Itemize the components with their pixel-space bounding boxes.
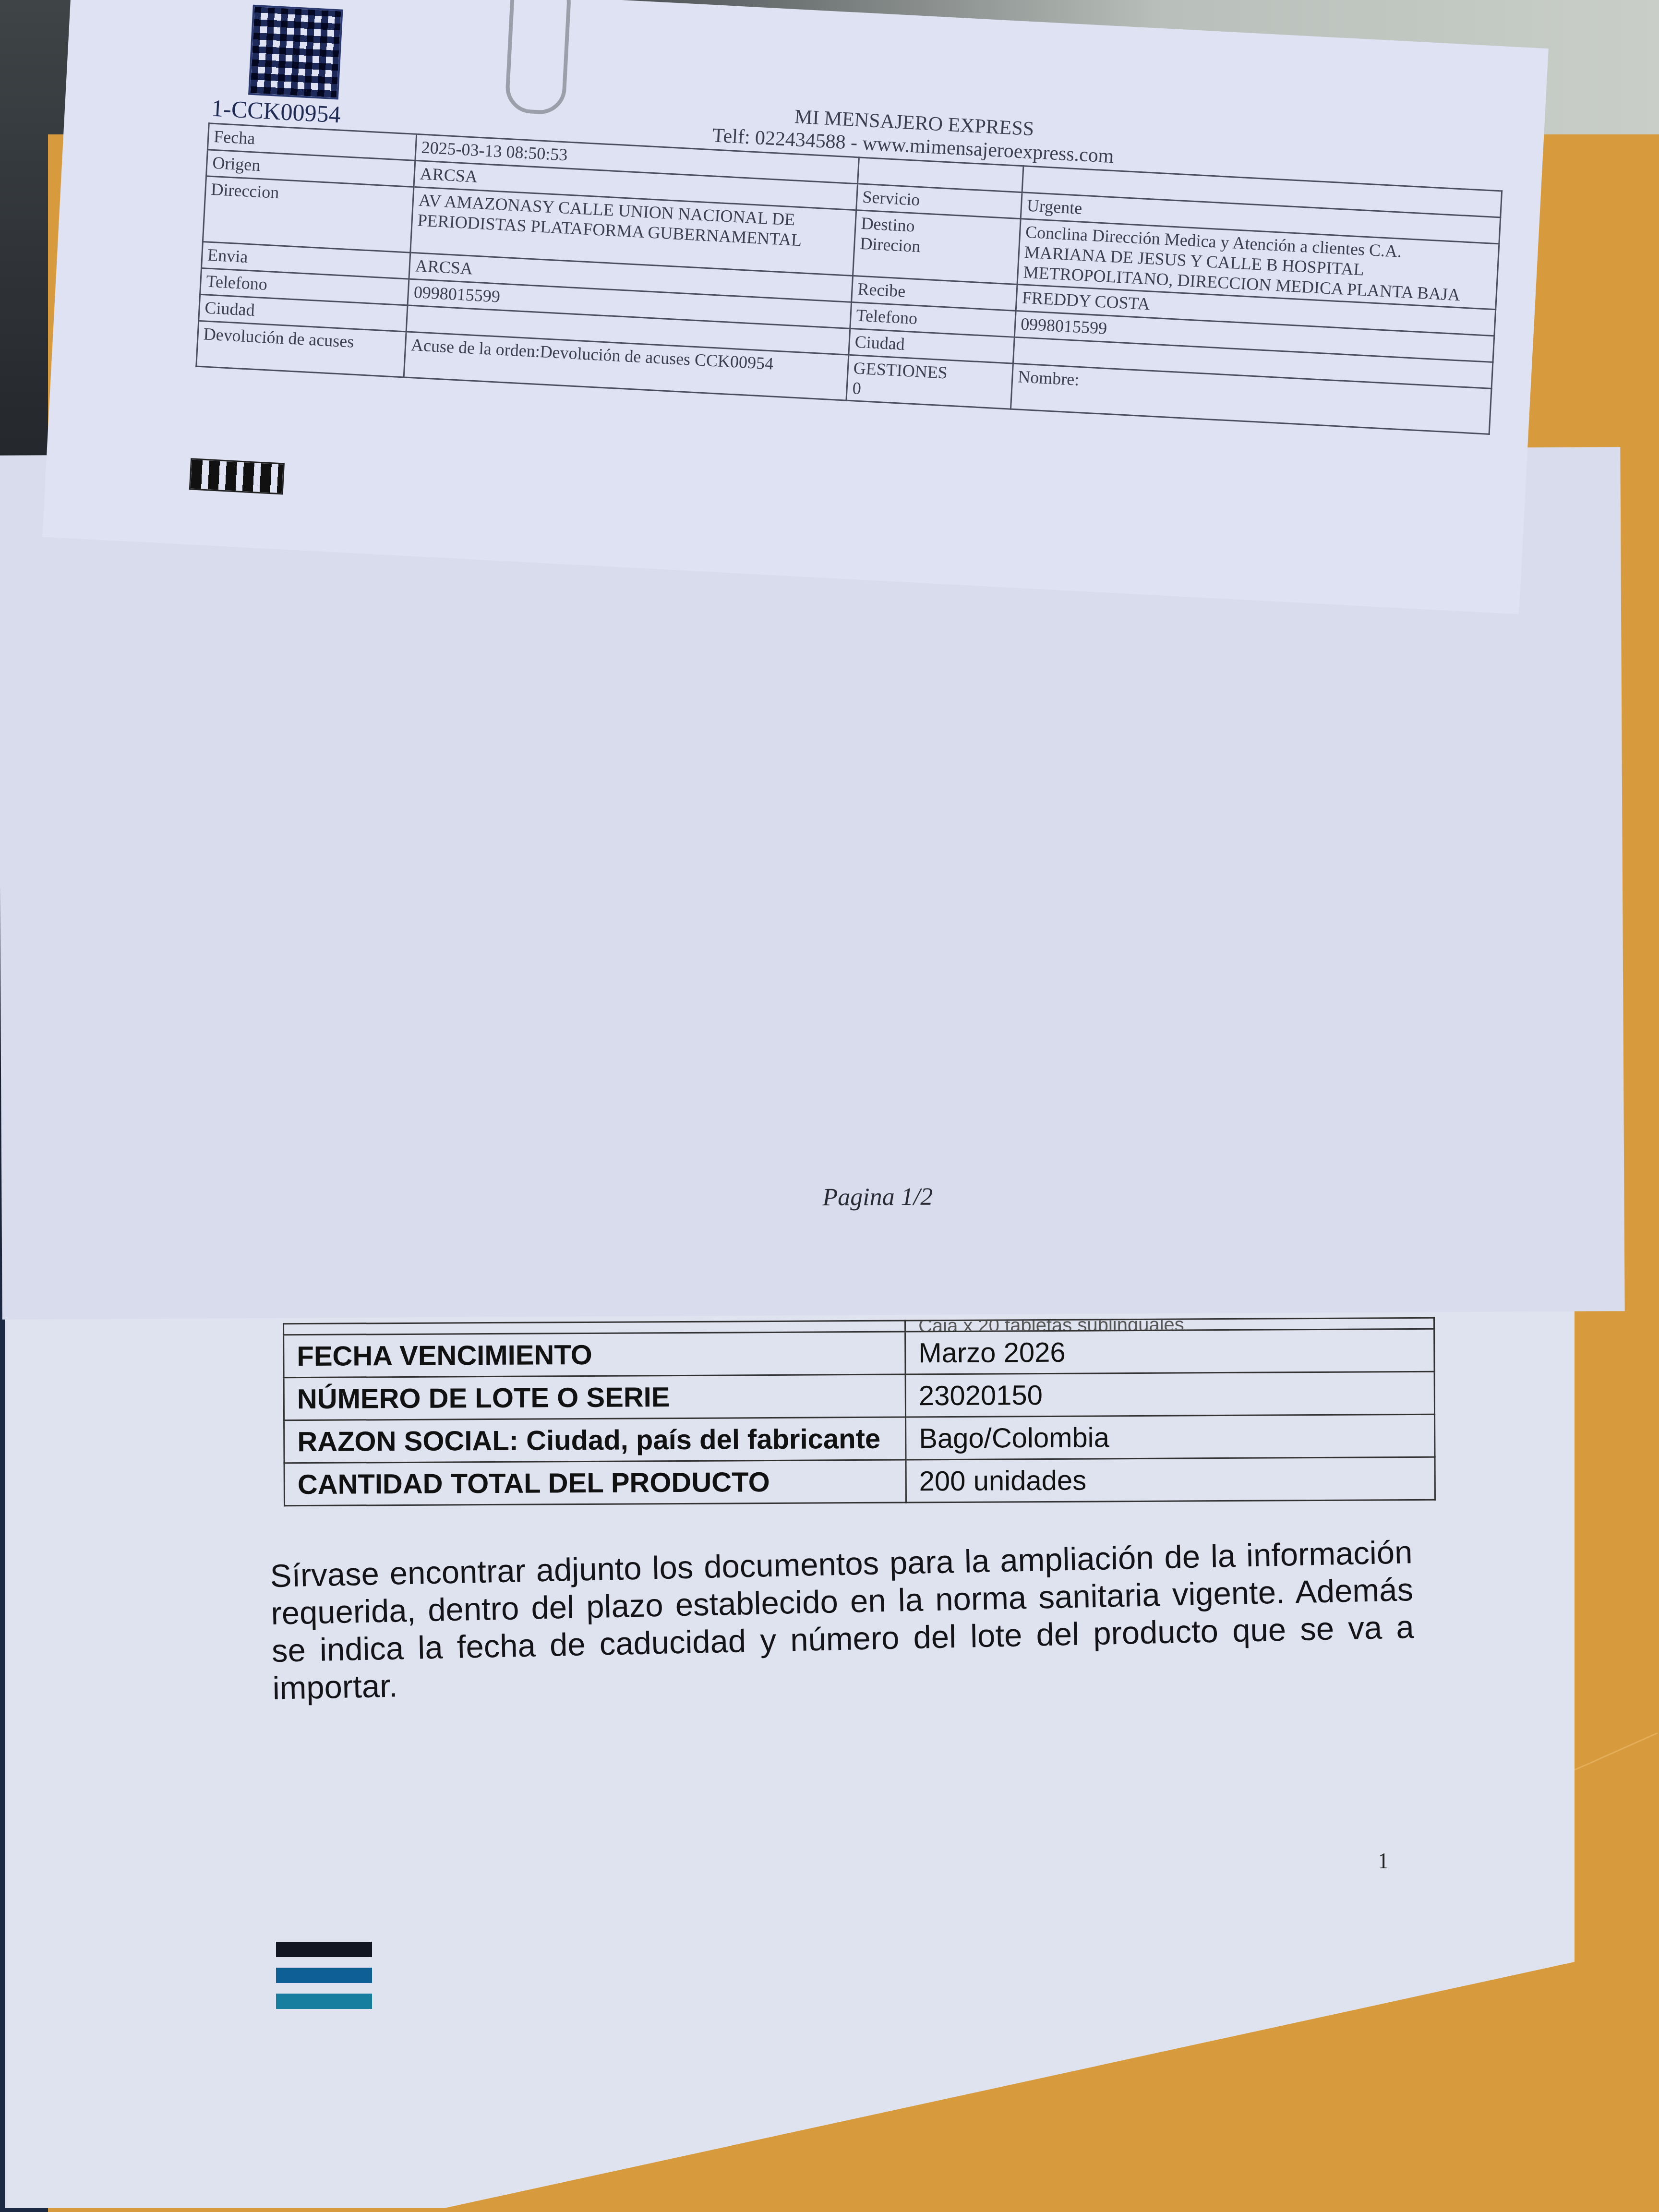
table-row: NÚMERO DE LOTE O SERIE 23020150	[284, 1371, 1434, 1420]
table-row: FECHA VENCIMIENTO Marzo 2026	[284, 1329, 1434, 1378]
page-number: 1	[1378, 1848, 1389, 1874]
paperclip-icon	[505, 0, 572, 115]
logo-stripes-icon	[276, 1942, 372, 2020]
product-info-table: Caja x 20 tabletas sublinguales FECHA VE…	[283, 1317, 1436, 1507]
page-indicator: Pagina 1/2	[822, 1183, 933, 1212]
courier-slip: 1-CCK00954 MI MENSAJERO EXPRESS Telf: 02…	[42, 0, 1549, 614]
shipment-table: Fecha 2025-03-13 08:50:53 Origen ARCSA S…	[195, 122, 1503, 435]
qr-code-small-icon	[189, 458, 285, 494]
letter-body-text: Sírvase encontrar adjunto los documentos…	[270, 1534, 1415, 1707]
table-row: RAZON SOCIAL: Ciudad, país del fabricant…	[284, 1414, 1435, 1463]
qr-code-icon	[248, 5, 343, 100]
table-row: CANTIDAD TOTAL DEL PRODUCTO 200 unidades	[284, 1457, 1435, 1506]
